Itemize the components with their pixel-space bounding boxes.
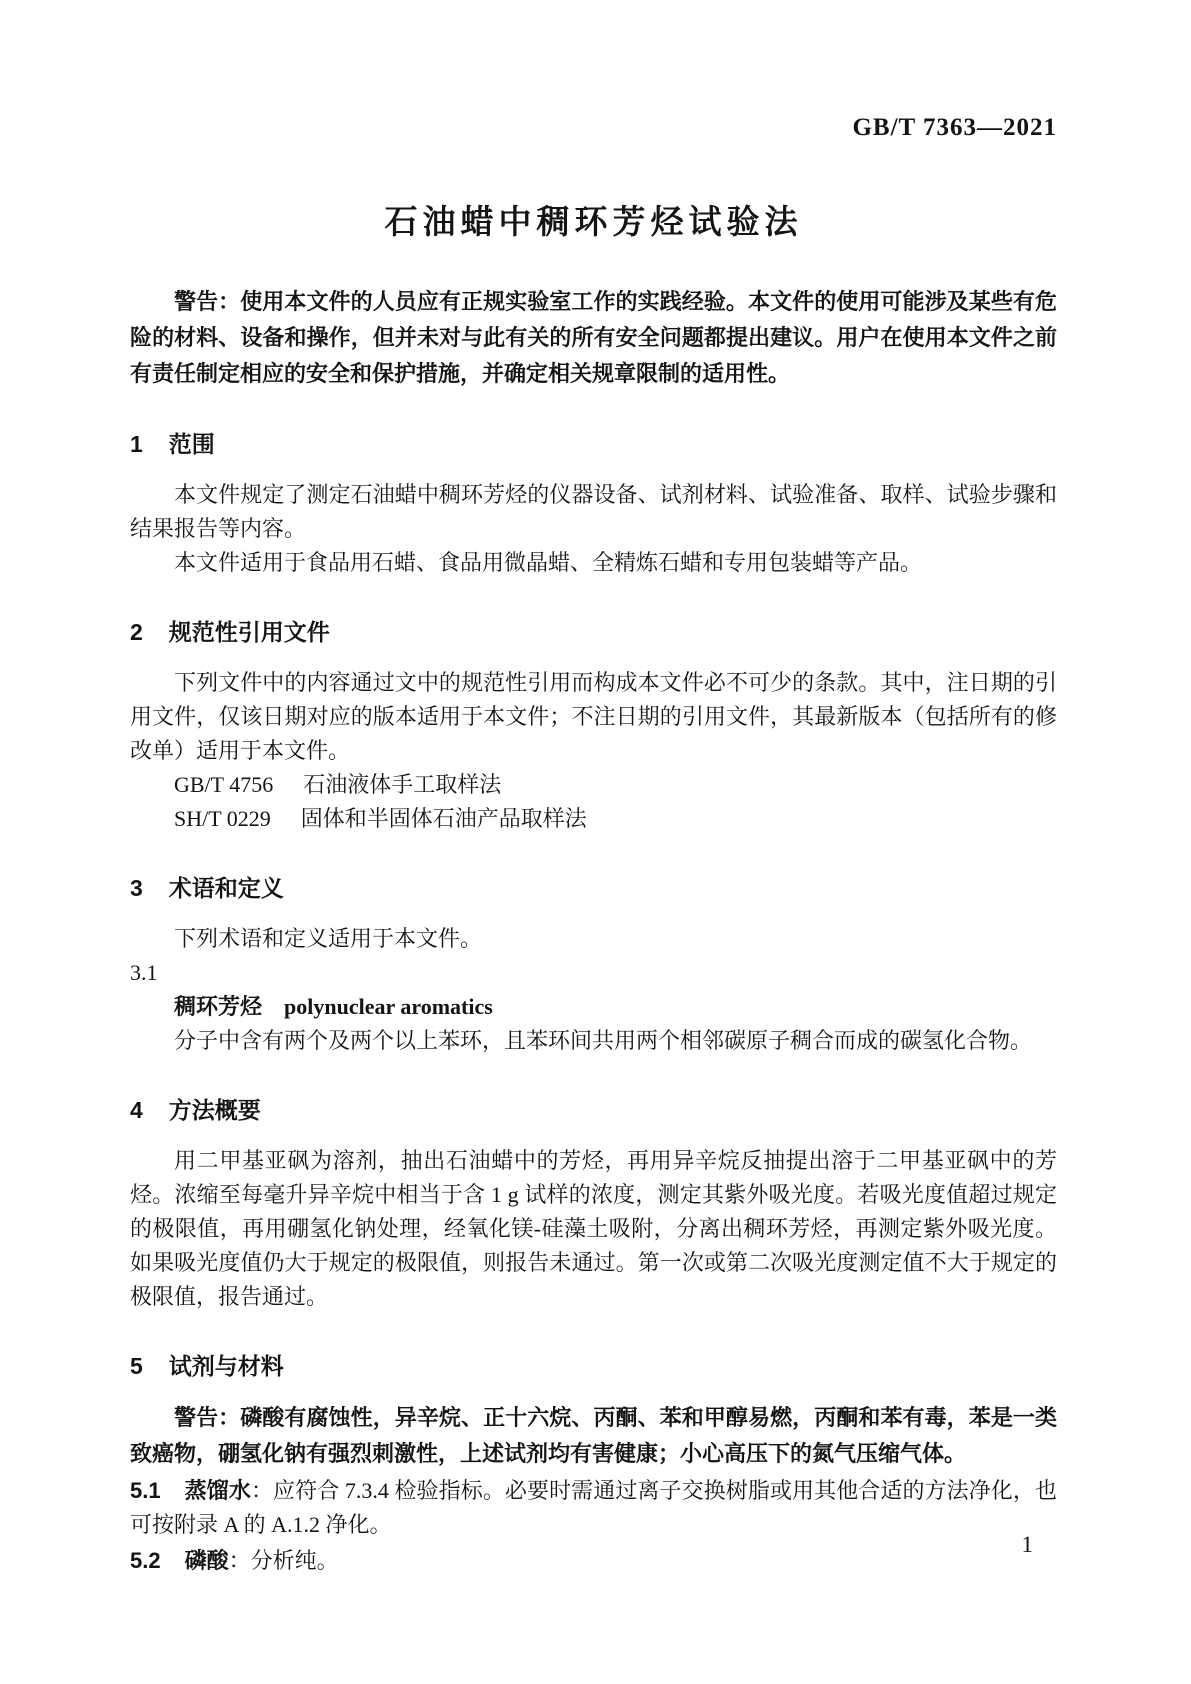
reference-code: SH/T 0229 <box>174 806 271 831</box>
standard-number: GB/T 7363—2021 <box>852 114 1057 141</box>
document-title: 石油蜡中稠环芳烃试验法 <box>130 200 1057 244</box>
reagent-item-5-1: 5.1蒸馏水：应符合 7.3.4 检验指标。必要时需通过离子交换树脂或用其他合适… <box>130 1474 1057 1542</box>
clause-5-number: 5 <box>130 1350 143 1382</box>
normative-refs-paragraph: 下列文件中的内容通过文中的规范性引用而构成本文件必不可少的条款。其中，注日期的引… <box>130 666 1057 768</box>
clause-4-heading: 4方法概要 <box>130 1094 1057 1126</box>
foreword-warning: 警告：使用本文件的人员应有正规实验室工作的实践经验。本文件的使用可能涉及某些有危… <box>130 284 1057 392</box>
document-header: GB/T 7363—2021 <box>130 114 1057 142</box>
clause-2-number: 2 <box>130 616 143 648</box>
reference-code: GB/T 4756 <box>174 772 273 797</box>
method-summary-paragraph: 用二甲基亚砜为溶剂，抽出石油蜡中的芳烃，再用异辛烷反抽提出溶于二甲基亚砜中的芳烃… <box>130 1144 1057 1314</box>
scope-paragraph-1: 本文件规定了测定石油蜡中稠环芳烃的仪器设备、试剂材料、试验准备、取样、试验步骤和… <box>130 478 1057 546</box>
clause-3-title: 术语和定义 <box>169 875 284 901</box>
reagents-warning: 警告：磷酸有腐蚀性，异辛烷、正十六烷、丙酮、苯和甲醇易燃，丙酮和苯有毒，苯是一类… <box>130 1400 1057 1472</box>
clause-4-title: 方法概要 <box>169 1097 261 1123</box>
term-english: polynuclear aromatics <box>284 994 493 1019</box>
terms-intro-paragraph: 下列术语和定义适用于本文件。 <box>130 922 1057 956</box>
reagent-item-number: 5.1 <box>130 1478 161 1503</box>
clause-5-title: 试剂与材料 <box>169 1353 284 1379</box>
term-entry: 稠环芳烃polynuclear aromatics <box>130 990 1057 1024</box>
reference-title: 固体和半固体石油产品取样法 <box>301 806 587 831</box>
reference-item: SH/T 0229固体和半固体石油产品取样法 <box>130 802 1057 836</box>
reagent-item-term: 磷酸 <box>185 1548 229 1573</box>
reagent-item-5-2: 5.2磷酸：分析纯。 <box>130 1544 1057 1578</box>
page-number: 1 <box>1022 1532 1034 1558</box>
reference-item: GB/T 4756石油液体手工取样法 <box>130 768 1057 802</box>
clause-1-title: 范围 <box>169 431 215 457</box>
clause-4-number: 4 <box>130 1094 143 1126</box>
term-chinese: 稠环芳烃 <box>174 994 262 1019</box>
clause-5-heading: 5试剂与材料 <box>130 1350 1057 1382</box>
clause-1-number: 1 <box>130 428 143 460</box>
scope-paragraph-2: 本文件适用于食品用石蜡、食品用微晶蜡、全精炼石蜡和专用包装蜡等产品。 <box>130 546 1057 580</box>
clause-3-number: 3 <box>130 872 143 904</box>
reagent-item-term: 蒸馏水 <box>185 1478 251 1503</box>
clause-2-title: 规范性引用文件 <box>169 619 330 645</box>
reagent-item-text: ：应符合 7.3.4 检验指标。必要时需通过离子交换树脂或用其他合适的方法净化，… <box>130 1478 1057 1537</box>
reference-title: 石油液体手工取样法 <box>303 772 501 797</box>
reagent-item-number: 5.2 <box>130 1548 161 1573</box>
term-entry-number: 3.1 <box>130 956 1057 990</box>
clause-1-heading: 1范围 <box>130 428 1057 460</box>
clause-2-heading: 2规范性引用文件 <box>130 616 1057 648</box>
clause-3-heading: 3术语和定义 <box>130 872 1057 904</box>
reagent-item-text: ：分析纯。 <box>229 1548 339 1573</box>
term-definition: 分子中含有两个及两个以上苯环，且苯环间共用两个相邻碳原子稠合而成的碳氢化合物。 <box>130 1024 1057 1058</box>
document-page: GB/T 7363—2021 石油蜡中稠环芳烃试验法 警告：使用本文件的人员应有… <box>0 0 1191 1684</box>
